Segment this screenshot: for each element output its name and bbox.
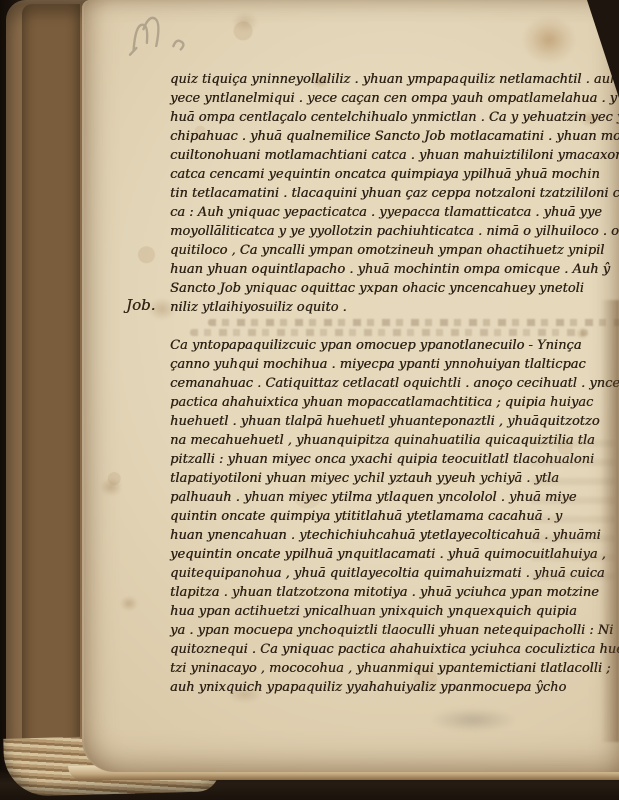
fore-edge-stack-shadow xyxy=(22,4,80,782)
manuscript-line: niliz ytlaihiyosuiliz oquito . xyxy=(170,298,619,317)
manuscript-line: cuiltonohuani motlamachtiani catca . yhu… xyxy=(170,146,619,165)
manuscript-line: ya . ypan mocuepa ynchoquiztli tlaoculli… xyxy=(170,621,619,640)
foxing-stain xyxy=(100,478,122,496)
manuscript-line: pactica ahahuixtica yhuan mopaccatlamach… xyxy=(170,393,619,412)
folio-mark xyxy=(117,4,192,63)
manuscript-line: çanno yuhqui mochihua . miyecpa ypanti y… xyxy=(170,355,619,374)
manuscript-line: cemanahuac . Catiquittaz cetlacatl oquic… xyxy=(170,374,619,393)
foxing-stain xyxy=(522,16,576,64)
manuscript-line: ca : Auh yniquac yepacticatca . yyepacca… xyxy=(170,203,619,222)
manuscript-line: quitiloco , Ca yncalli ympan omotzineuh … xyxy=(170,241,619,260)
margin-gloss: Job. xyxy=(126,296,155,314)
manuscript-line: huā ompa centlaçalo centelchihualo ynmic… xyxy=(170,108,619,127)
manuscript-line: tzi yninacayo , mococohua , yhuanmiqui y… xyxy=(170,659,619,678)
bleedthrough-text xyxy=(170,317,619,336)
foxing-stain xyxy=(120,596,138,611)
manuscript-line: Ca yntopapaquilizcuic ypan omocuep ypano… xyxy=(170,336,619,355)
manuscript-page: Job. quiz tiquiça yninneyollaliliz . yhu… xyxy=(82,0,619,772)
manuscript-line: huan yhuan oquintlapacho . yhuā mochinti… xyxy=(170,260,619,279)
manuscript-line: chipahuac . yhuā qualnemilice Sancto Job… xyxy=(170,127,619,146)
manuscript-line: tin tetlacamatini . tlacaquini yhuan çaz… xyxy=(170,184,619,203)
bleedthrough-line xyxy=(190,329,588,336)
bleedthrough-line xyxy=(208,319,619,326)
smudge-stain xyxy=(430,708,516,732)
foxing-stain xyxy=(232,12,258,32)
manuscript-line: tlapitza . yhuan tlatzotzona mitotiya . … xyxy=(170,583,619,602)
manuscript-line: yece yntlanelmiqui . yece caçan cen ompa… xyxy=(170,89,619,108)
page-curl-shadow xyxy=(601,300,619,742)
manuscript-line: moyollāliticatca y ye yyollotzin pachiuh… xyxy=(170,222,619,241)
manuscript-line: quiz tiquiça yninneyollaliliz . yhuan ym… xyxy=(170,70,619,89)
manuscript-line: huehuetl . yhuan tlalpā huehuetl yhuante… xyxy=(170,412,619,431)
manuscript-line: quitoznequi . Ca yniquac pactica ahahuix… xyxy=(170,640,619,659)
manuscript-line: Sancto Job yniquac oquittac yxpan ohacic… xyxy=(170,279,619,298)
paragraph-1: quiz tiquiça yninneyollaliliz . yhuan ym… xyxy=(170,70,619,317)
manuscript-line: auh ynixquich ypapaquiliz yyahahuiyaliz … xyxy=(170,678,619,697)
manuscript-line: hua ypan actihuetzi ynicalhuan ynixquich… xyxy=(170,602,619,621)
text-block: quiz tiquiça yninneyollaliliz . yhuan ym… xyxy=(170,70,619,697)
manuscript-line: catca cencami yequintin oncatca quimpiay… xyxy=(170,165,619,184)
manuscript-photograph: Job. quiz tiquiça yninneyollaliliz . yhu… xyxy=(0,0,619,800)
